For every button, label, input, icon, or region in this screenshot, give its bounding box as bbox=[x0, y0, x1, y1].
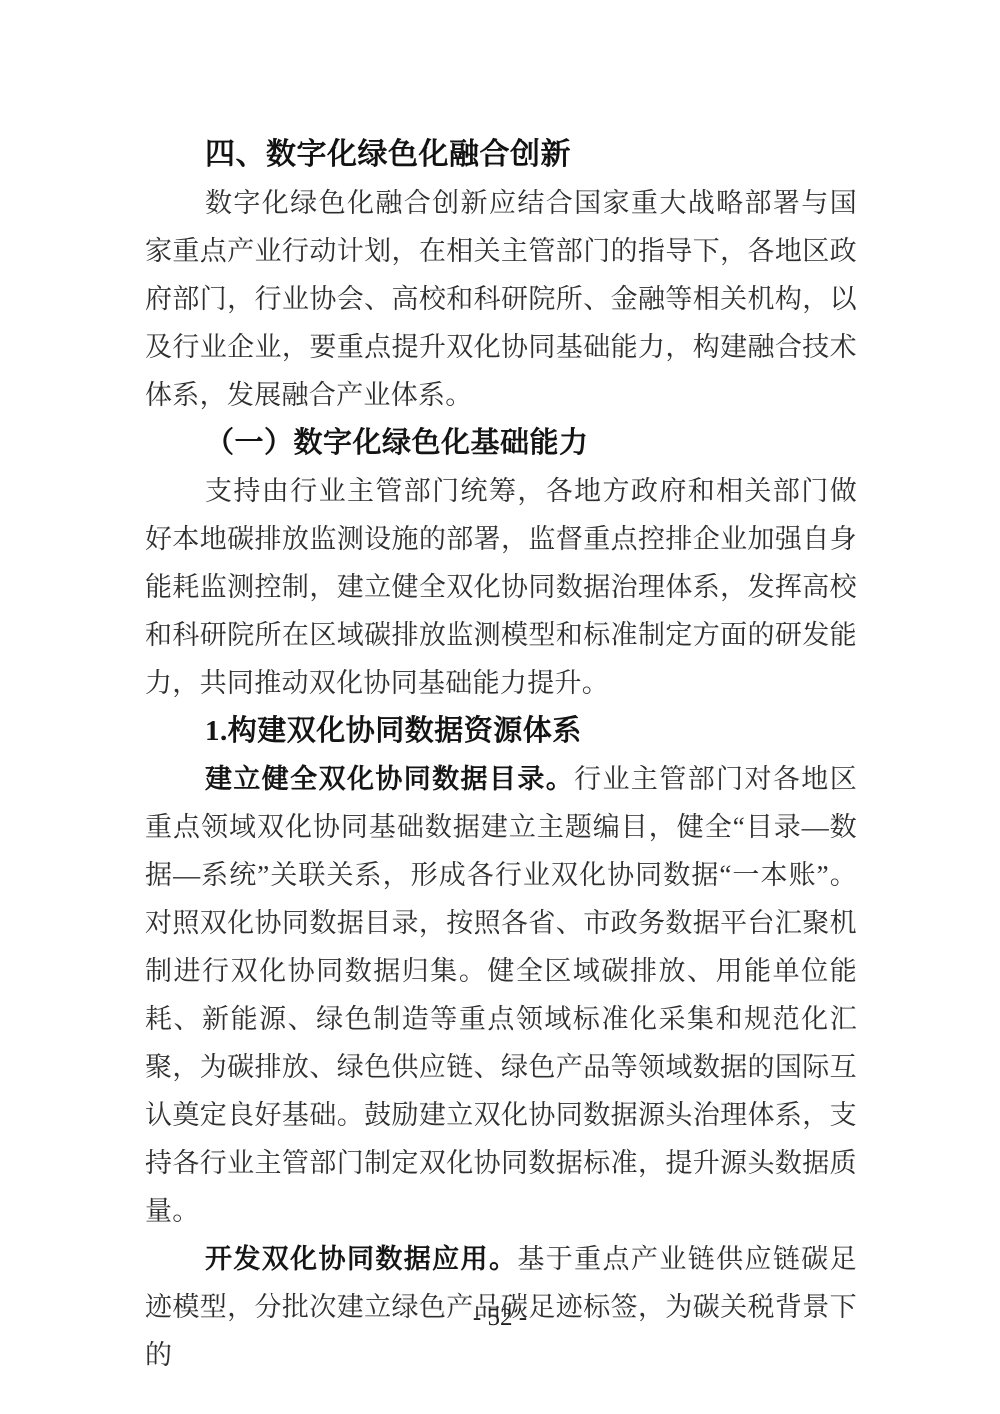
document-content: 四、数字化绿色化融合创新 数字化绿色化融合创新应结合国家重大战略部署与国家重点产… bbox=[145, 131, 857, 1379]
paragraph-text-data-catalog: 行业主管部门对各地区重点领域双化协同基础数据建立主题编目，健全“目录—数据—系统… bbox=[145, 764, 857, 1226]
item-heading: 1.构建双化协同数据资源体系 bbox=[145, 707, 857, 755]
paragraph-intro: 数字化绿色化融合创新应结合国家重大战略部署与国家重点产业行动计划，在相关主管部门… bbox=[145, 179, 857, 419]
paragraph-data-catalog: 建立健全双化协同数据目录。行业主管部门对各地区重点领域双化协同基础数据建立主题编… bbox=[145, 755, 857, 1235]
document-page: 四、数字化绿色化融合创新 数字化绿色化融合创新应结合国家重大战略部署与国家重点产… bbox=[0, 0, 1000, 1414]
subsection-heading: （一）数字化绿色化基础能力 bbox=[145, 419, 857, 467]
paragraph-lead-data-application: 开发双化协同数据应用。 bbox=[205, 1244, 517, 1274]
paragraph-lead-data-catalog: 建立健全双化协同数据目录。 bbox=[205, 764, 574, 794]
section-heading: 四、数字化绿色化融合创新 bbox=[145, 131, 857, 179]
paragraph-capability: 支持由行业主管部门统筹，各地方政府和相关部门做好本地碳排放监测设施的部署，监督重… bbox=[145, 467, 857, 707]
page-number: - 52 - bbox=[0, 1294, 1000, 1342]
